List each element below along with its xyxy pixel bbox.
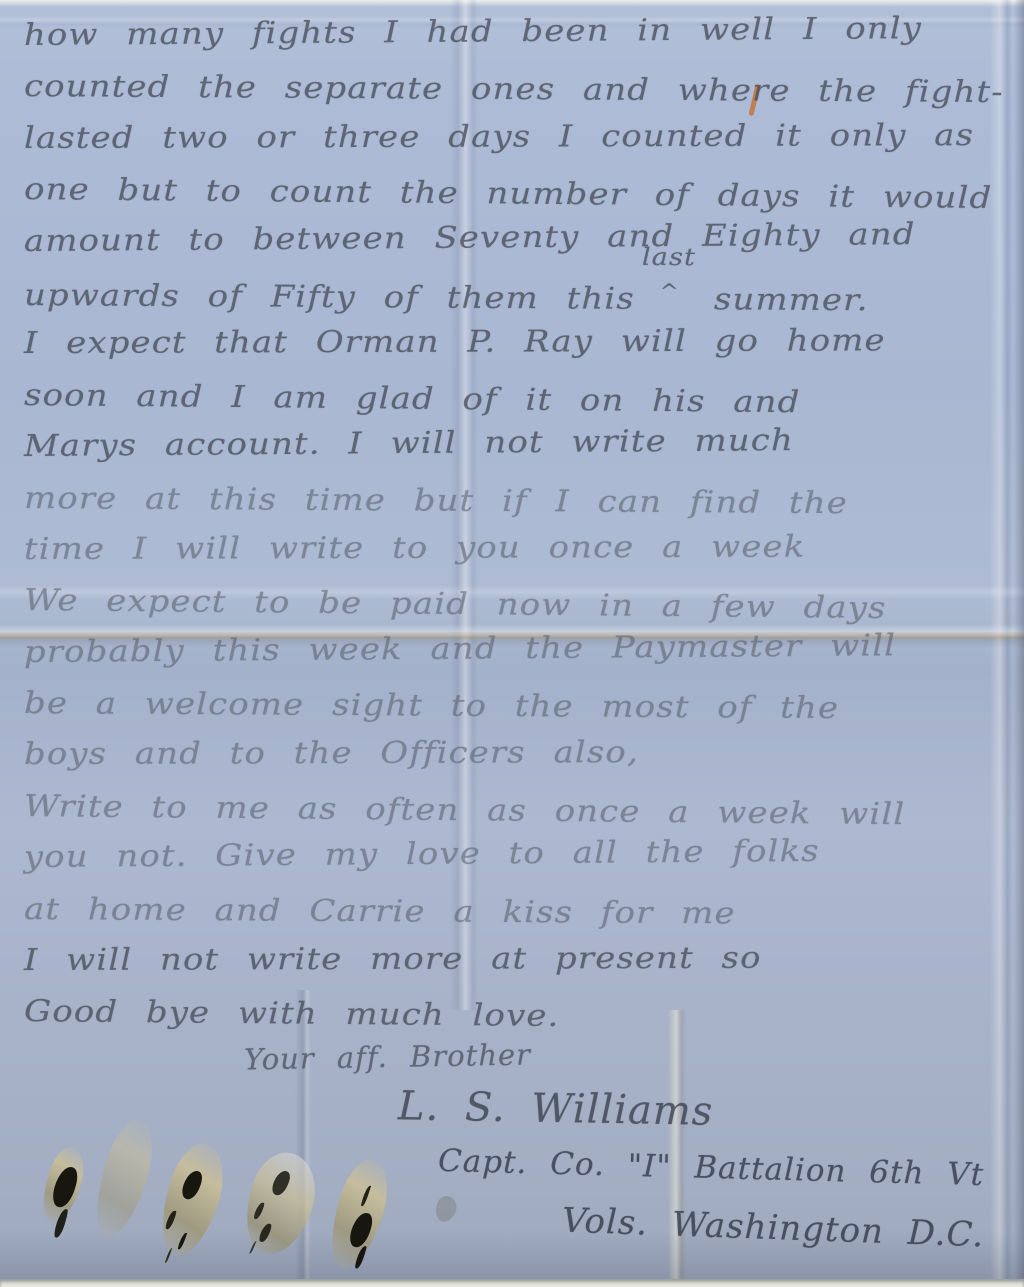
letter-line: boys and to the Officers also,: [24, 734, 1024, 789]
ink-stain: [46, 1146, 80, 1224]
ink-stain-blot: [50, 1164, 81, 1210]
insertion-mark: last^: [635, 279, 714, 309]
letter-page: how many fights I had been in well I onl…: [0, 0, 1024, 1287]
letter-line: how many fights I had been in well I onl…: [24, 9, 1024, 69]
letter-line: probably this week and the Paymaster wil…: [24, 626, 1024, 686]
ink-stain: [102, 1118, 146, 1240]
ink-stain: [166, 1142, 218, 1258]
letter-line-text: summer.: [714, 282, 869, 318]
letter-signature-rank: Capt. Co. "I" Battalion 6th Vt: [438, 1143, 985, 1193]
letter-body-lines: how many fights I had been in well I onl…: [24, 18, 1014, 1046]
ink-stain: [336, 1158, 382, 1270]
letter-line-text: upwards of Fifty of them this: [24, 278, 635, 317]
letter-line: Marys account. I will not write much: [24, 420, 1024, 480]
letter-line: time I will write to you once a week: [24, 528, 1024, 583]
caret-icon: ^: [660, 279, 680, 303]
letter-line: lasted two or three days I counted it on…: [24, 117, 1024, 172]
letter-signature: L. S. Williams: [398, 1083, 714, 1134]
ink-stain: [436, 1196, 456, 1222]
letter-line: I will not write more at present so: [24, 940, 1024, 995]
letter-line: you not. Give my love to all the folks: [24, 832, 1024, 892]
paper-edge-bottom: [0, 1279, 1024, 1287]
ink-stain-blot: [270, 1168, 293, 1197]
ink-stain: [248, 1152, 312, 1256]
ink-stain-blot: [179, 1168, 204, 1202]
letter-closing-valediction: Your aff. Brother: [244, 1037, 532, 1076]
paper-edge-top: [0, 0, 1024, 7]
inserted-word: last: [642, 243, 696, 271]
letter-line: amount to between Seventy and Eighty and: [24, 215, 1024, 275]
letter-line: I expect that Orman P. Ray will go home: [24, 323, 1024, 378]
ink-stain-blot: [347, 1210, 375, 1250]
